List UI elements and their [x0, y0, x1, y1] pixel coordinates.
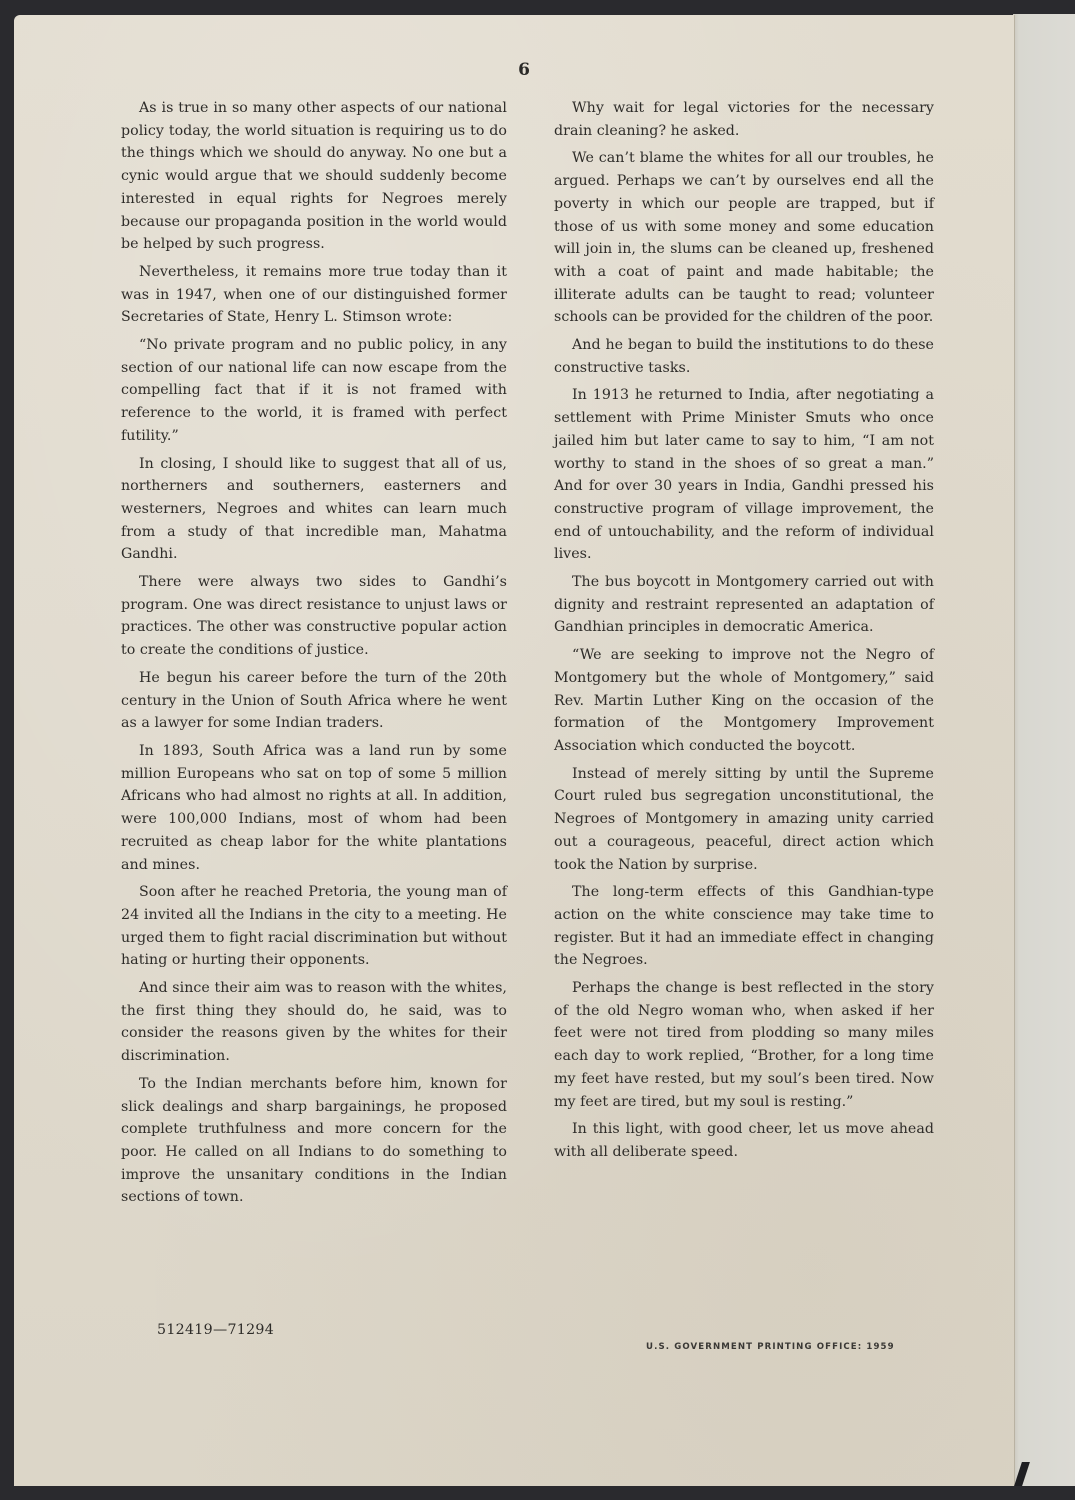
- paragraph: In 1893, South Africa was a land run by …: [121, 740, 507, 876]
- paragraph: And he began to build the institutions t…: [554, 334, 934, 379]
- scanned-document-view: 6 As is true in so many other aspects of…: [0, 0, 1075, 1500]
- king-quote-paragraph: “We are seeking to improve not the Negro…: [554, 644, 934, 758]
- paragraph: As is true in so many other aspects of o…: [121, 97, 507, 256]
- paragraph: Nevertheless, it remains more true today…: [121, 261, 507, 329]
- paragraph: The bus boycott in Montgomery carried ou…: [554, 571, 934, 639]
- paragraph: To the Indian merchants before him, know…: [121, 1073, 507, 1209]
- paragraph: He begun his career before the turn of t…: [121, 667, 507, 735]
- paragraph: Why wait for legal victories for the nec…: [554, 97, 934, 142]
- paragraph: There were always two sides to Gandhi’s …: [121, 571, 507, 662]
- left-column: As is true in so many other aspects of o…: [121, 97, 507, 1214]
- paragraph: In 1913 he returned to India, after nego…: [554, 384, 934, 566]
- document-page: 6 As is true in so many other aspects of…: [14, 15, 1015, 1486]
- paragraph: Perhaps the change is best reflected in …: [554, 977, 934, 1113]
- paragraph: And since their aim was to reason with t…: [121, 977, 507, 1068]
- closing-paragraph: In this light, with good cheer, let us m…: [554, 1118, 934, 1163]
- adjacent-page-edge: [1013, 14, 1075, 1486]
- printer-imprint: U.S. GOVERNMENT PRINTING OFFICE: 1959: [646, 1342, 895, 1352]
- paragraph: Soon after he reached Pretoria, the youn…: [121, 881, 507, 972]
- paragraph: The long-term effects of this Gandhian-t…: [554, 881, 934, 972]
- right-column: Why wait for legal victories for the nec…: [554, 97, 934, 1169]
- paragraph: We can’t blame the whites for all our tr…: [554, 147, 934, 329]
- print-job-code: 512419—71294: [157, 1322, 274, 1338]
- paragraph: In closing, I should like to suggest tha…: [121, 453, 507, 567]
- stimson-quote-paragraph: “No private program and no public policy…: [121, 334, 507, 448]
- paragraph: Instead of merely sitting by until the S…: [554, 763, 934, 877]
- page-number: 6: [514, 60, 534, 80]
